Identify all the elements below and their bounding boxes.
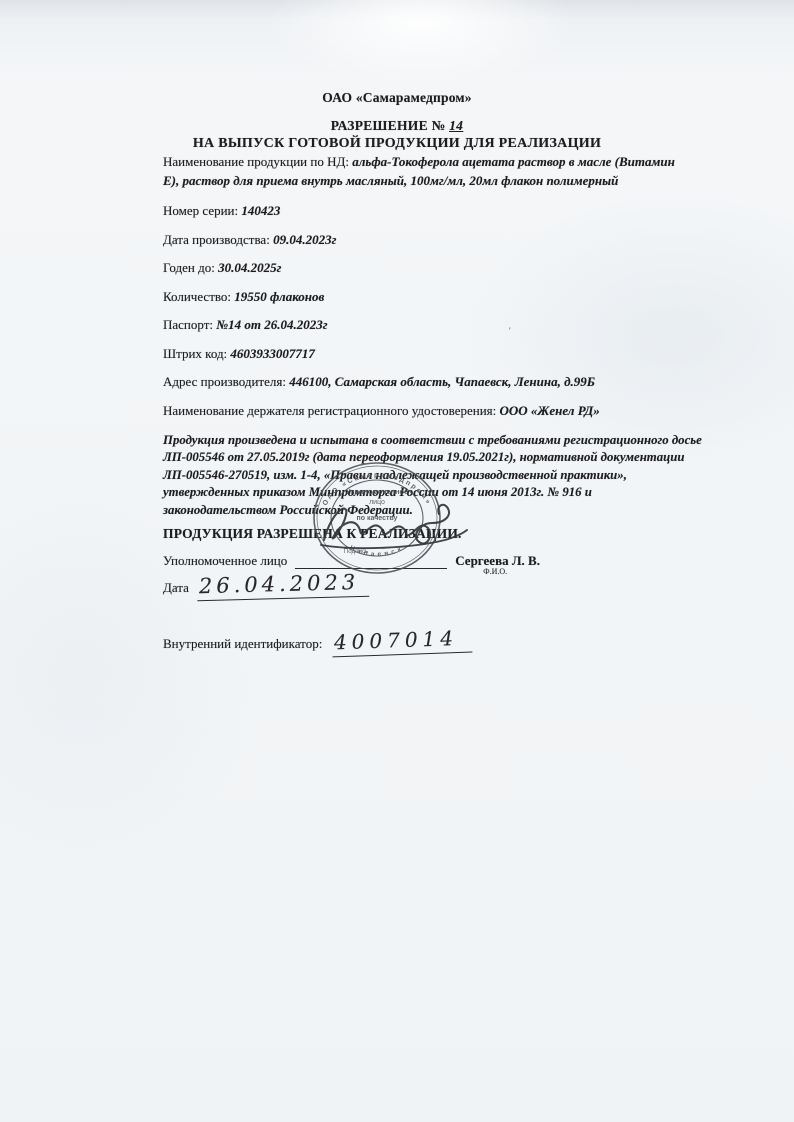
compliance-paragraph: Продукция произведена и испытана в соотв…: [163, 432, 675, 519]
date-label: Дата: [163, 580, 189, 599]
field-product-name: Наименование продукции по НД: альфа-Токо…: [163, 152, 675, 190]
field-license-holder: Наименование держателя регистрационного …: [163, 404, 675, 418]
handwritten-internal-id: 4007014: [332, 627, 473, 658]
compliance-line: ЛП-005546 от 27.05.2019г (дата переоформ…: [163, 449, 675, 466]
field-batch-number: Номер серии: 140423: [163, 204, 675, 218]
authorized-person-row: Уполномоченное лицо Сергеева Л. В. Ф.И.О…: [163, 551, 675, 569]
field-production-date: Дата производства: 09.04.2023г: [163, 233, 675, 247]
compliance-line: Продукция произведена и испытана в соотв…: [163, 432, 675, 449]
field-expiry-date: Годен до: 30.04.2025г: [163, 261, 675, 275]
field-barcode: Штрих код: 4603933007717: [163, 347, 675, 361]
signature-line: [295, 555, 447, 569]
field-passport: Паспорт: №14 от 26.04.2023г: [163, 318, 675, 332]
permit-subtitle: НА ВЫПУСК ГОТОВОЙ ПРОДУКЦИИ ДЛЯ РЕАЛИЗАЦ…: [0, 136, 794, 152]
scanned-document-page: ОАО «Самарамедпром» РАЗРЕШЕНИЕ № 14 НА В…: [0, 0, 794, 1122]
scan-artifact-speck: ': [509, 326, 511, 336]
permit-title-label: РАЗРЕШЕНИЕ №: [331, 118, 446, 133]
release-statement: ПРОДУКЦИЯ РАЗРЕШЕНА К РЕАЛИЗАЦИИ.: [163, 526, 675, 542]
permit-number: 14: [449, 118, 463, 133]
internal-id-row: Внутренний идентификатор: 4007014: [163, 629, 675, 655]
date-row: Дата 26.04.2023: [163, 572, 675, 599]
field-quantity: Количество: 19550 флаконов: [163, 290, 675, 304]
compliance-line: законодательством Российской Федерации.: [163, 502, 675, 519]
compliance-line: утвержденных приказом Минпромторга Росси…: [163, 484, 675, 501]
authorized-person-label: Уполномоченное лицо: [163, 553, 287, 569]
document-body: Наименование продукции по НД: альфа-Токо…: [163, 152, 675, 655]
signer-fio-caption: Ф.И.О.: [483, 567, 507, 576]
internal-id-label: Внутренний идентификатор:: [163, 636, 322, 655]
permit-title: РАЗРЕШЕНИЕ № 14: [0, 118, 794, 134]
handwritten-date: 26.04.2023: [197, 570, 370, 601]
organization-name: ОАО «Самарамедпром»: [0, 90, 794, 106]
field-manufacturer-address: Адрес производителя: 446100, Самарская о…: [163, 375, 675, 389]
signer-name: Сергеева Л. В.: [455, 553, 540, 568]
document-header: ОАО «Самарамедпром» РАЗРЕШЕНИЕ № 14 НА В…: [0, 90, 794, 152]
signer-name-block: Сергеева Л. В. Ф.И.О.: [455, 553, 540, 569]
compliance-line: ЛП-005546-270519, изм. 1-4, «Правил надл…: [163, 467, 675, 484]
